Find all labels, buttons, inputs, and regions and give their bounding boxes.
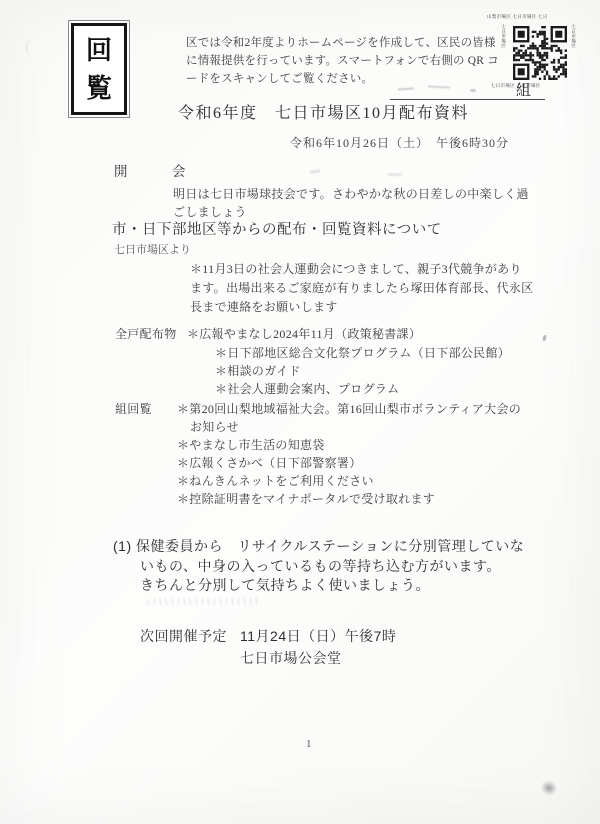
kairan-stamp: 回 覧 xyxy=(68,20,130,118)
scan-artifact xyxy=(26,40,33,56)
group-suffix-label: 組 xyxy=(516,82,531,101)
intro-line-2: に情報提供を行っています。スマートフォンで右側の QR コ xyxy=(186,54,499,68)
scanned-circular-document: 回 覧 区では令和2年度よりホームページを作成して、区民の皆様 に情報提供を行っ… xyxy=(0,0,600,824)
intro-line-1: 区では令和2年度よりホームページを作成して、区民の皆様 xyxy=(186,36,496,50)
sports-day-note-line-3: 長まで連絡をお願いします xyxy=(190,300,338,315)
qr-micro-text-right: 七日市場区 xyxy=(571,24,577,82)
all-households-item: ＊日下部地区総合文化祭プログラム（日下部公民館） xyxy=(215,346,510,361)
next-meeting-place: 七日市場公会堂 xyxy=(240,650,342,668)
kairan-stamp-char-2: 覧 xyxy=(86,75,112,101)
all-households-label: 全戸配布物 xyxy=(115,327,177,342)
distribution-section-title: 市・日下部地区等からの配布・回覧資料について xyxy=(112,221,442,239)
kairan-stamp-char-1: 回 xyxy=(86,37,112,63)
from-district-label: 七日市場区より xyxy=(114,244,191,258)
document-title: 令和6年度 七日市場区10月配布資料 xyxy=(178,104,469,124)
all-households-item: ＊広報やまなし2024年11月（政策秘書課） xyxy=(187,327,421,342)
qr-micro-text-left: 七日市場区 xyxy=(501,24,507,82)
all-households-item: ＊社会人運動会案内、プログラム xyxy=(215,382,399,397)
scan-artifact xyxy=(538,777,560,798)
qr-micro-text-top: 山梨市場区 七日市場区 七日 xyxy=(487,14,593,20)
next-meeting-label: 次回開催予定 xyxy=(140,628,227,646)
intro-line-3: ードをスキャンしてご覧ください。 xyxy=(186,72,373,86)
sports-day-note-line-2: ます。出場出来るご家庭が有りましたら塚田体育部長、代永区 xyxy=(190,281,533,296)
health-committee-note-line-2: いもの、中身の入っているもの等持ち込む方がいます。 xyxy=(140,558,501,576)
group-circular-item: ＊広報くさかべ（日下部警察署） xyxy=(177,456,362,471)
meeting-datetime: 令和6年10月26日（土） 午後6時30分 xyxy=(290,136,509,151)
scan-artifact xyxy=(310,169,320,174)
qr-code-icon xyxy=(513,26,567,80)
opening-note-line-1: 明日は七日市場球技会です。さわやかな秋の日差しの中楽しく過 xyxy=(173,187,529,202)
group-circular-item: ＊控除証明書をマイナポータルで受け取れます xyxy=(177,492,435,507)
page-number: 1 xyxy=(306,738,312,752)
group-circular-item-continued: お知らせ xyxy=(190,420,239,435)
all-households-item: ＊相談のガイド xyxy=(215,364,301,379)
health-committee-note-line-3: きちんと分別して気持ちよく使いましょう。 xyxy=(140,577,430,595)
scan-artifact xyxy=(148,598,258,605)
next-meeting-datetime: 11月24日（日）午後7時 xyxy=(240,628,396,646)
group-circular-item: ＊やまなし市生活の知恵袋 xyxy=(177,438,325,453)
group-circular-item: ＊ねんきんネットをご利用ください xyxy=(177,474,374,489)
group-circular-item: ＊第20回山梨地域福祉大会。第16回山梨市ボランティア大会の xyxy=(177,402,521,417)
kairan-stamp-frame: 回 覧 xyxy=(71,23,127,115)
opening-note-line-2: ごしましょう xyxy=(173,205,247,220)
sports-day-note-line-1: ＊11月3日の社会人運動会につきまして、親子3代競争があり xyxy=(190,262,522,277)
health-committee-note-line-1: (1) 保健委員から リサイクルステーションに分別管理していな xyxy=(113,538,524,556)
scan-artifact xyxy=(542,335,546,342)
scan-artifact xyxy=(388,173,402,176)
group-circular-label: 組回覧 xyxy=(115,402,152,417)
opening-heading: 開 会 xyxy=(114,164,187,181)
